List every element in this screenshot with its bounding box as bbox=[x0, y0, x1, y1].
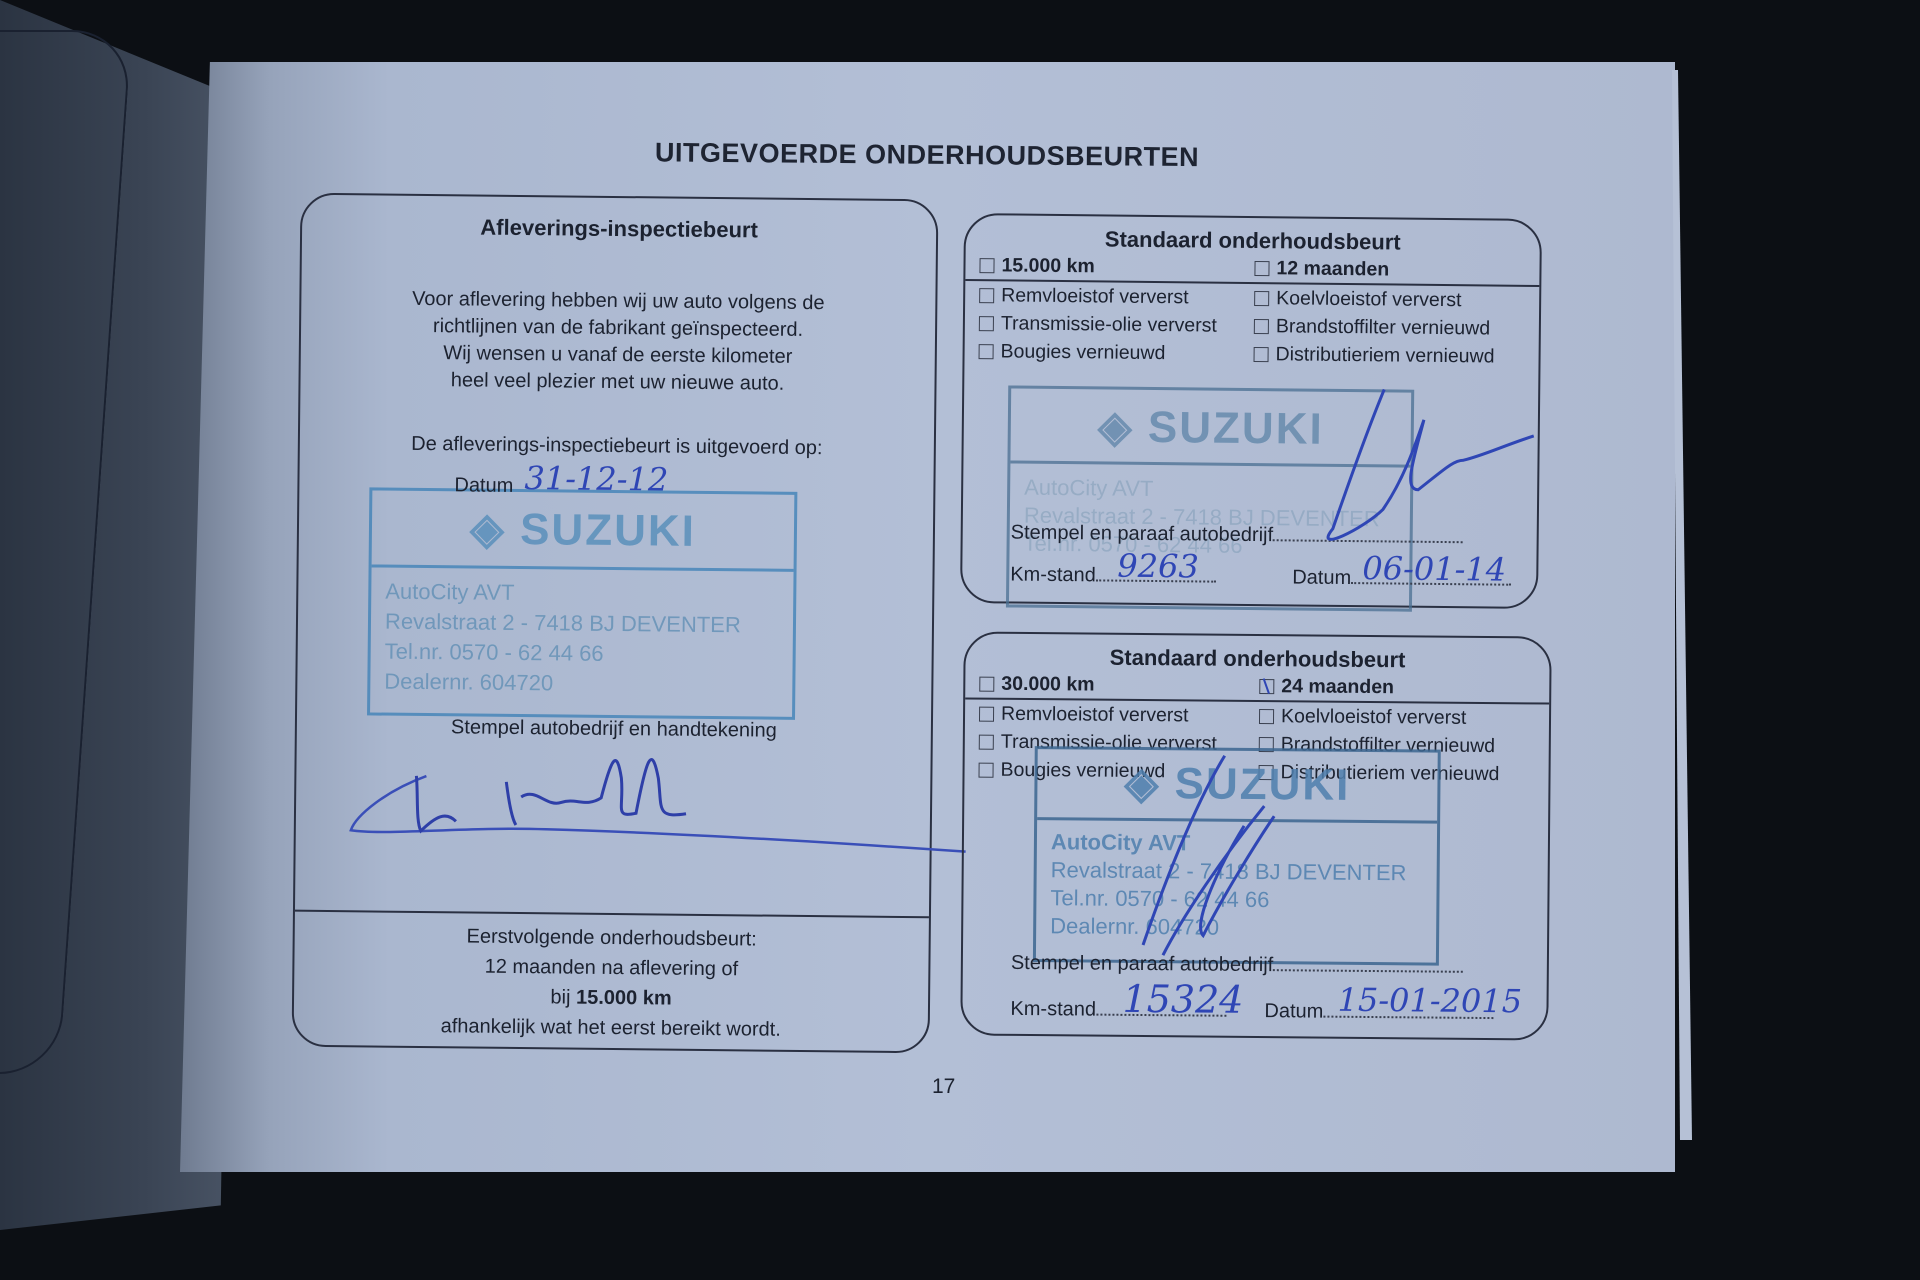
signature-icon bbox=[346, 735, 967, 861]
checkbox-checked-icon[interactable] bbox=[1259, 679, 1274, 694]
stamp-dealer-number: Dealernr. 604720 bbox=[384, 669, 553, 697]
check-item[interactable]: Bougies vernieuwd bbox=[978, 340, 1253, 366]
checkbox-icon[interactable] bbox=[1254, 319, 1269, 334]
km-option[interactable]: 30.000 km bbox=[979, 672, 1259, 697]
page-edge bbox=[1672, 70, 1692, 1140]
km-stand-value[interactable]: 9263 bbox=[1117, 547, 1199, 586]
page-number: 17 bbox=[932, 1075, 955, 1099]
stamp-phone: Tel.nr. 0570 - 62 44 66 bbox=[385, 639, 604, 667]
paraaf-icon bbox=[1113, 745, 1335, 967]
check-item[interactable]: Distributieriem vernieuwd bbox=[1253, 343, 1528, 369]
stamp-paraaf-label: Stempel en paraaf autobedrijf bbox=[1011, 952, 1464, 979]
check-item[interactable]: Koelvloeistof ververst bbox=[1259, 705, 1539, 730]
checkbox-icon[interactable] bbox=[979, 288, 994, 303]
service-15000-section: Standaard onderhoudsbeurt 15.000 km 12 m… bbox=[960, 213, 1542, 609]
date-value[interactable]: 15-01-2015 bbox=[1337, 981, 1522, 1021]
page-title: UITGEVOERDE ONDERHOUDSBEURTEN bbox=[655, 137, 1255, 173]
delivery-inspection-section: Afleverings-inspectiebeurt Voor afleveri… bbox=[292, 193, 939, 1054]
checkbox-icon[interactable] bbox=[979, 316, 994, 331]
check-item[interactable]: Remvloeistof ververst bbox=[979, 702, 1259, 727]
performed-on-label: De afleverings-inspectiebeurt is uitgevo… bbox=[300, 430, 934, 464]
km-option[interactable]: 15.000 km bbox=[979, 254, 1254, 280]
check-row: Bougies vernieuwd Distributieriem vernie… bbox=[978, 337, 1528, 371]
date-label: Datum bbox=[454, 474, 513, 498]
paraaf-icon bbox=[1302, 379, 1544, 572]
stamp-divider bbox=[372, 564, 794, 571]
checkbox-icon[interactable] bbox=[979, 344, 994, 359]
checkbox-icon[interactable] bbox=[979, 734, 994, 749]
stamp-dealer-name: AutoCity AVT bbox=[385, 579, 514, 606]
checkbox-icon[interactable] bbox=[1254, 261, 1269, 276]
next-service-line: afhankelijk wat het eerst bereikt wordt. bbox=[294, 1010, 928, 1047]
checkbox-icon[interactable] bbox=[979, 676, 994, 691]
check-item[interactable]: Brandstoffilter vernieuwd bbox=[1254, 315, 1529, 341]
check-item[interactable]: Koelvloeistof ververst bbox=[1254, 287, 1529, 313]
next-service-info: Eerstvolgende onderhoudsbeurt: 12 maande… bbox=[294, 920, 929, 1047]
intro-line: heel veel plezier met uw nieuwe auto. bbox=[300, 366, 934, 400]
check-item[interactable]: Transmissie-olie ververst bbox=[979, 312, 1254, 338]
checkbox-icon[interactable] bbox=[1254, 347, 1269, 362]
checkbox-icon[interactable] bbox=[1259, 709, 1274, 724]
months-option[interactable]: 12 maanden bbox=[1254, 257, 1529, 283]
section-divider bbox=[295, 910, 929, 919]
stamp-address: Revalstraat 2 - 7418 BJ DEVENTER bbox=[385, 609, 741, 639]
service-checklist: 15.000 km 12 maanden Remvloeistof verver… bbox=[978, 251, 1529, 371]
stamp-dealer-name: AutoCity AVT bbox=[1024, 475, 1153, 502]
service-30000-section: Standaard onderhoudsbeurt 30.000 km 24 m… bbox=[960, 631, 1552, 1040]
checkbox-icon[interactable] bbox=[979, 706, 994, 721]
checkbox-icon[interactable] bbox=[1254, 291, 1269, 306]
suzuki-logo: ◈ SUZUKI bbox=[372, 502, 795, 557]
date-value[interactable]: 31-12-12 bbox=[524, 459, 668, 499]
km-stand-value[interactable]: 15324 bbox=[1122, 977, 1243, 1022]
checkbox-icon[interactable] bbox=[979, 258, 994, 273]
delivery-inspection-title: Afleverings-inspectiebeurt bbox=[302, 213, 936, 246]
check-item[interactable]: Remvloeistof ververst bbox=[979, 284, 1254, 310]
dealer-stamp: ◈ SUZUKI AutoCity AVT Revalstraat 2 - 74… bbox=[367, 487, 797, 719]
delivery-intro: Voor aflevering hebben wij uw auto volge… bbox=[300, 285, 935, 400]
months-option[interactable]: 24 maanden bbox=[1259, 675, 1539, 700]
checkbox-icon[interactable] bbox=[979, 762, 994, 777]
